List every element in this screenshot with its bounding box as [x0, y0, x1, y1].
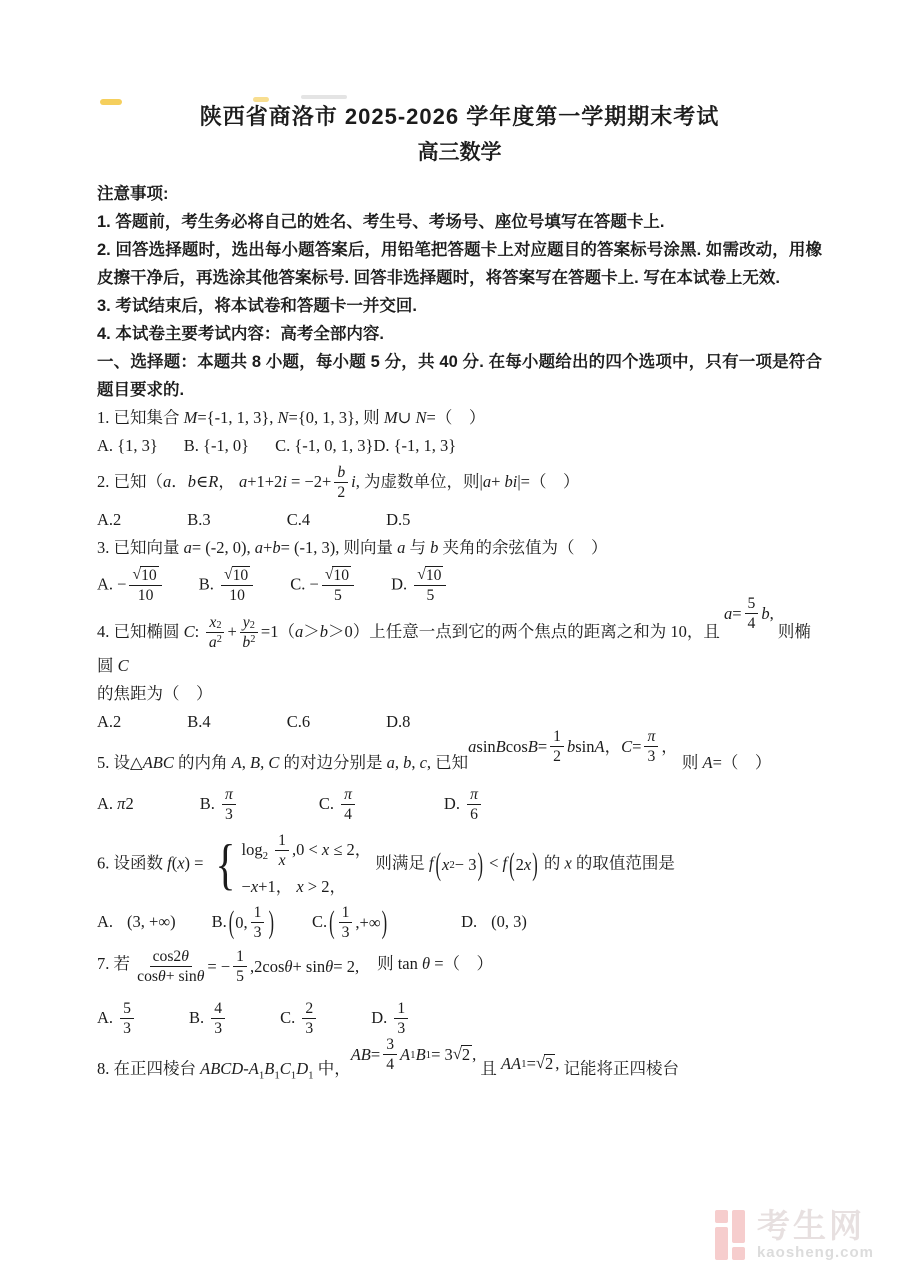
- italic-var: y: [243, 614, 250, 632]
- subscript: 1: [426, 1041, 431, 1069]
- spacer: [310, 524, 386, 525]
- fraction: π3: [222, 786, 236, 824]
- subscript: 2: [263, 850, 268, 862]
- exam-title: 陕西省商洛市 2025-2026 学年度第一学期期末考试: [97, 102, 822, 132]
- raised-formula: asinBcosB = 12bsinA，C = π3，: [468, 728, 678, 766]
- italic-var: x: [251, 877, 258, 896]
- fraction-denominator: 4: [748, 614, 756, 633]
- italic-var: π: [117, 794, 125, 813]
- superscript: 2: [216, 620, 221, 632]
- italic-var: b: [430, 538, 438, 557]
- question-4-line2: 的焦距为（ ）: [97, 680, 822, 708]
- italic-var: i: [351, 472, 356, 491]
- section-heading: 一、选择题：本题共 8 小题，每小题 5 分，共 40 分. 在每小题给出的四个…: [97, 348, 822, 404]
- italic-var: A: [400, 1041, 410, 1069]
- question-2: 2. 已知（a．b∈R， a+1+2i = −2+b2i, 为虚数单位，则|a+…: [97, 464, 822, 502]
- spacer: [165, 588, 199, 589]
- fraction-numerator: π: [341, 786, 355, 805]
- italic-var: C: [280, 1059, 291, 1078]
- fraction-denominator: 4: [344, 805, 352, 824]
- options-2: A.2B.3C.4D.5: [97, 506, 822, 534]
- paren-body: 0,13: [235, 904, 267, 942]
- italic-var: θ: [422, 954, 430, 973]
- fraction-numerator: π: [644, 728, 658, 747]
- italic-var: ABCD: [200, 1059, 243, 1078]
- right-paren: ): [531, 839, 539, 892]
- italic-var: b: [272, 538, 280, 557]
- right-paren: ): [476, 839, 484, 892]
- fraction-denominator: cosθ + sinθ: [137, 967, 204, 986]
- fraction: 1x: [275, 832, 289, 870]
- notice-item-4: 4. 本试卷主要考试内容：高考全部内容.: [97, 320, 822, 348]
- italic-var: θ: [181, 948, 189, 966]
- fraction: x2a2: [206, 614, 224, 652]
- fraction-denominator: 3: [225, 805, 233, 824]
- italic-var: M: [384, 408, 398, 427]
- fraction: 13: [251, 904, 265, 942]
- fraction: π6: [467, 786, 481, 824]
- italic-var: N: [416, 408, 427, 427]
- watermark-brand: 考生网: [757, 1209, 874, 1242]
- italic-var: a: [295, 622, 303, 641]
- italic-var: π: [344, 786, 352, 804]
- fraction-numerator: π: [222, 786, 236, 805]
- paren-body: 2x: [516, 851, 532, 879]
- italic-var: B: [496, 733, 506, 761]
- fraction-denominator: 3: [254, 923, 262, 942]
- radicand: 10: [140, 566, 159, 585]
- right-paren: ): [381, 896, 389, 949]
- fraction-numerator: 4: [211, 1000, 225, 1019]
- superscript: 2: [217, 634, 222, 652]
- italic-var: A: [249, 1059, 259, 1078]
- fraction-denominator: 5: [334, 586, 342, 605]
- fraction: 23: [302, 1000, 316, 1038]
- left-paren: (: [228, 896, 236, 949]
- sqrt: √10: [417, 566, 443, 585]
- spacer: [211, 524, 287, 525]
- spacer: [228, 1022, 280, 1023]
- superscript: 2: [250, 634, 255, 652]
- italic-var: B: [264, 1059, 274, 1078]
- fraction-denominator: 3: [647, 747, 655, 766]
- italic-var: x: [177, 854, 184, 873]
- fraction-numerator: π: [467, 786, 481, 805]
- italic-var: a: [184, 538, 192, 557]
- fraction-numerator: √10: [221, 566, 253, 586]
- spacer: [358, 808, 444, 809]
- italic-var: a: [397, 538, 405, 557]
- exam-page: 陕西省商洛市 2025-2026 学年度第一学期期末考试 高三数学 注意事项:1…: [0, 0, 900, 1274]
- italic-var: a: [239, 472, 247, 491]
- radicand: 2: [461, 1045, 472, 1065]
- sqrt: √2: [453, 1045, 472, 1065]
- fraction-numerator: 2: [302, 1000, 316, 1019]
- question-7: 7. 若 cos2θcosθ + sinθ = −15,2cosθ + sinθ…: [97, 950, 822, 994]
- italic-var: i: [282, 472, 287, 491]
- raised-formula: a = 54b,: [724, 595, 774, 633]
- exam-content: 陕西省商洛市 2025-2026 学年度第一学期期末考试 高三数学 注意事项:1…: [97, 0, 822, 1089]
- notice-item-2: 2. 回答选择题时，选出每小题答案后，用铅笔把答题卡上对应题目的答案标号涂黑. …: [97, 236, 822, 292]
- italic-var: a: [724, 600, 732, 628]
- left-paren: (: [435, 839, 443, 892]
- cases-brace: {: [215, 840, 235, 890]
- fraction-denominator: 3: [123, 1019, 131, 1038]
- fraction-denominator: 2: [337, 483, 345, 502]
- italic-var: B: [416, 1041, 426, 1069]
- options-1: A. {1, 3}B. {-1, 0}C. {-1, 0, 1, 3}D. {-…: [97, 432, 822, 460]
- notice-item-3: 3. 考试结束后，将本试卷和答题卡一并交回.: [97, 292, 822, 320]
- fraction: π3: [644, 728, 658, 766]
- cases-row: −x+1， x > 2，: [242, 876, 372, 897]
- fraction-numerator: cos2θ: [150, 948, 192, 967]
- paren-group: (0,13): [228, 904, 275, 942]
- italic-var: C: [184, 622, 195, 641]
- paren-group: (x2 − 3): [435, 851, 484, 879]
- logo-block: [715, 1210, 728, 1223]
- sqrt: √10: [325, 566, 351, 585]
- spacer: [276, 926, 312, 927]
- fraction-numerator: 1: [394, 1000, 408, 1019]
- watermark-text: 考生网 kaosheng.com: [757, 1209, 874, 1260]
- italic-var: B: [250, 753, 260, 772]
- fraction-denominator: a2: [209, 633, 222, 652]
- italic-var: C: [621, 733, 632, 761]
- fraction: 53: [120, 1000, 134, 1038]
- italic-var: x: [442, 851, 449, 879]
- italic-var: f: [429, 854, 434, 873]
- options-7: A. 53B. 43C. 23D. 13: [97, 1000, 822, 1038]
- fraction: 15: [233, 948, 247, 986]
- fraction-numerator: √10: [414, 566, 446, 586]
- italic-var: R: [208, 472, 218, 491]
- italic-var: D: [296, 1059, 308, 1078]
- superscript: 2: [250, 620, 255, 632]
- sqrt: √2: [536, 1054, 555, 1074]
- watermark: 考生网 kaosheng.com: [715, 1209, 874, 1260]
- spacer: [310, 726, 386, 727]
- italic-var: a: [483, 472, 491, 491]
- fraction-denominator: 3: [342, 923, 350, 942]
- fraction-numerator: 1: [339, 904, 353, 923]
- fraction: √105: [322, 566, 354, 605]
- italic-var: θ: [158, 968, 166, 986]
- question-4-line1: 4. 已知椭圆 C: x2a2+y2b2=1（a＞b＞0）上任意一点到它的两个焦…: [97, 613, 822, 680]
- italic-var: a: [387, 753, 395, 772]
- fraction-denominator: 10: [138, 586, 154, 605]
- spacer: [158, 450, 184, 451]
- italic-var: b: [761, 600, 769, 628]
- italic-var: f: [503, 854, 508, 873]
- italic-var: π: [225, 786, 233, 804]
- italic-var: π: [470, 786, 478, 804]
- paren-body: 13,+∞: [336, 904, 381, 942]
- fraction-numerator: 1: [233, 948, 247, 967]
- italic-var: C: [268, 753, 279, 772]
- italic-var: f: [167, 854, 172, 873]
- spacer: [211, 726, 287, 727]
- left-paren: (: [508, 839, 516, 892]
- fraction-denominator: 5: [236, 967, 244, 986]
- fraction: 54: [745, 595, 759, 633]
- italic-var: M: [184, 408, 198, 427]
- spacer: [357, 588, 391, 589]
- fraction-denominator: 2: [553, 747, 561, 766]
- paren-group: (13,+∞): [328, 904, 388, 942]
- paren-group: (2x): [508, 851, 539, 879]
- watermark-domain: kaosheng.com: [757, 1245, 874, 1260]
- fraction-denominator: b2: [242, 633, 255, 652]
- italic-var: x: [564, 854, 571, 873]
- fraction-numerator: √10: [129, 566, 161, 586]
- spacer: [176, 926, 212, 927]
- fraction: 34: [383, 1036, 397, 1074]
- fraction-numerator: b: [334, 464, 348, 483]
- italic-var: N: [278, 408, 289, 427]
- italic-var: x: [524, 851, 531, 879]
- fraction-numerator: y2: [240, 614, 258, 633]
- fraction: cos2θcosθ + sinθ: [137, 948, 204, 986]
- question-6: 6. 设函数 f(x) = {log2 1x,0 < x ≤ 2，−x+1， x…: [97, 832, 822, 897]
- raised-formula: AB = 34A1B1 = 3√2,: [351, 1036, 477, 1074]
- fraction-numerator: √10: [322, 566, 354, 586]
- italic-var: b: [188, 472, 196, 491]
- notice-item-1: 1. 答题前，考生务必将自己的姓名、考生号、考场号、座位号填写在答题卡上.: [97, 208, 822, 236]
- italic-var: b: [403, 753, 411, 772]
- fraction-denominator: 3: [214, 1019, 222, 1038]
- fraction-denominator: 10: [229, 586, 245, 605]
- notice-heading: 注意事项:: [97, 180, 822, 208]
- italic-var: x: [322, 840, 329, 859]
- fraction-numerator: 5: [120, 1000, 134, 1019]
- fraction-numerator: 3: [383, 1036, 397, 1055]
- italic-var: b: [337, 464, 345, 482]
- radicand: 10: [425, 566, 444, 585]
- spacer: [113, 926, 127, 927]
- options-4: A.2B.4C.6D.8: [97, 708, 822, 736]
- options-5: A. π2B. π3C. π4D. π6: [97, 786, 822, 824]
- fraction-denominator: 3: [305, 1019, 313, 1038]
- paren-body: x2 − 3: [442, 851, 476, 879]
- logo-block: [715, 1227, 728, 1260]
- italic-var: θ: [284, 953, 292, 981]
- spacer: [477, 926, 491, 927]
- spacer: [121, 524, 187, 525]
- fraction-numerator: 1: [275, 832, 289, 851]
- piecewise-cases: {log2 1x,0 < x ≤ 2，−x+1， x > 2，: [212, 832, 372, 897]
- question-8: 8. 在正四棱台 ABCD-A1B1C1D1 中，AB = 34A1B1 = 3…: [97, 1050, 822, 1089]
- italic-var: i: [513, 472, 518, 491]
- fraction: b2: [334, 464, 348, 502]
- fraction-denominator: x: [279, 851, 286, 870]
- spacer: [239, 808, 319, 809]
- question-1: 1. 已知集合 M={-1, 1, 3}, N={0, 1, 3}, 则 M∪ …: [97, 404, 822, 432]
- fraction: y2b2: [240, 614, 258, 652]
- radicand: 10: [332, 566, 351, 585]
- italic-var: x: [209, 614, 216, 632]
- fraction: 13: [394, 1000, 408, 1038]
- left-paren: (: [328, 896, 336, 949]
- fraction-denominator: 6: [470, 805, 478, 824]
- fraction: √1010: [221, 566, 253, 605]
- italic-var: θ: [197, 968, 205, 986]
- italic-var: A: [232, 753, 242, 772]
- italic-var: b: [320, 622, 328, 641]
- italic-var: A: [703, 753, 713, 772]
- italic-var: b: [242, 634, 250, 652]
- logo-block: [732, 1247, 745, 1260]
- fraction-numerator: 1: [251, 904, 265, 923]
- spacer: [389, 926, 461, 927]
- fraction-numerator: x2: [206, 614, 224, 633]
- fraction: √1010: [129, 566, 161, 605]
- italic-var: ABC: [143, 753, 174, 772]
- spacer: [256, 588, 290, 589]
- options-6: A.(3, +∞)B.(0,13)C.(13,+∞)D.(0, 3): [97, 904, 822, 942]
- radicand: 10: [232, 566, 251, 585]
- spacer: [359, 968, 377, 969]
- cases-rows: log2 1x,0 < x ≤ 2，−x+1， x > 2，: [242, 832, 372, 897]
- raised-formula: AA1 = √2,: [501, 1050, 559, 1078]
- radicand: 2: [544, 1054, 555, 1074]
- fraction: 13: [339, 904, 353, 942]
- question-5: 5. 设△ABC 的内角 A, B, C 的对边分别是 a, b, c, 已知a…: [97, 744, 822, 782]
- italic-var: A: [595, 733, 605, 761]
- italic-var: C: [118, 656, 129, 675]
- italic-var: B: [528, 733, 538, 761]
- italic-var: x: [279, 852, 286, 870]
- sqrt: √10: [132, 566, 158, 585]
- spacer: [137, 1022, 189, 1023]
- raised-formula: cos2θcosθ + sinθ = −15,2cosθ + sinθ = 2,: [134, 948, 359, 986]
- sqrt: √10: [224, 566, 250, 585]
- italic-var: a: [163, 472, 171, 491]
- spacer: [249, 450, 275, 451]
- fraction: √105: [414, 566, 446, 605]
- italic-var: AB: [351, 1041, 371, 1069]
- italic-var: a: [209, 634, 217, 652]
- fraction-numerator: 5: [745, 595, 759, 614]
- spacer: [121, 726, 187, 727]
- exam-body: 注意事项:1. 答题前，考生务必将自己的姓名、考生号、考场号、座位号填写在答题卡…: [97, 180, 822, 1089]
- italic-var: a: [468, 733, 476, 761]
- fraction-numerator: 1: [550, 728, 564, 747]
- question-3: 3. 已知向量 a= (-2, 0), a+b= (-1, 3), 则向量 a …: [97, 534, 822, 562]
- cases-row: log2 1x,0 < x ≤ 2，: [242, 832, 372, 870]
- fraction-denominator: 4: [386, 1055, 394, 1074]
- superscript: 2: [449, 851, 454, 879]
- subscript: 1: [521, 1050, 526, 1078]
- italic-var: x: [296, 877, 303, 896]
- italic-var: c: [420, 753, 427, 772]
- fraction-denominator: 5: [426, 586, 434, 605]
- fraction: 12: [550, 728, 564, 766]
- options-3: A. −√1010B. √1010C. −√105D. √105: [97, 566, 822, 605]
- italic-var: b: [505, 472, 513, 491]
- italic-var: a: [255, 538, 263, 557]
- spacer: [319, 1022, 371, 1023]
- logo-block: [732, 1210, 745, 1243]
- italic-var: b: [567, 733, 575, 761]
- fraction: π4: [341, 786, 355, 824]
- exam-subtitle: 高三数学: [97, 138, 822, 168]
- subscript: 1: [308, 1069, 313, 1081]
- kaosheng-logo-icon: [715, 1210, 745, 1260]
- right-paren: ): [267, 896, 275, 949]
- italic-var: AA: [501, 1050, 521, 1078]
- spacer: [134, 808, 200, 809]
- fraction: 43: [211, 1000, 225, 1038]
- italic-var: θ: [325, 953, 333, 981]
- italic-var: π: [647, 728, 655, 746]
